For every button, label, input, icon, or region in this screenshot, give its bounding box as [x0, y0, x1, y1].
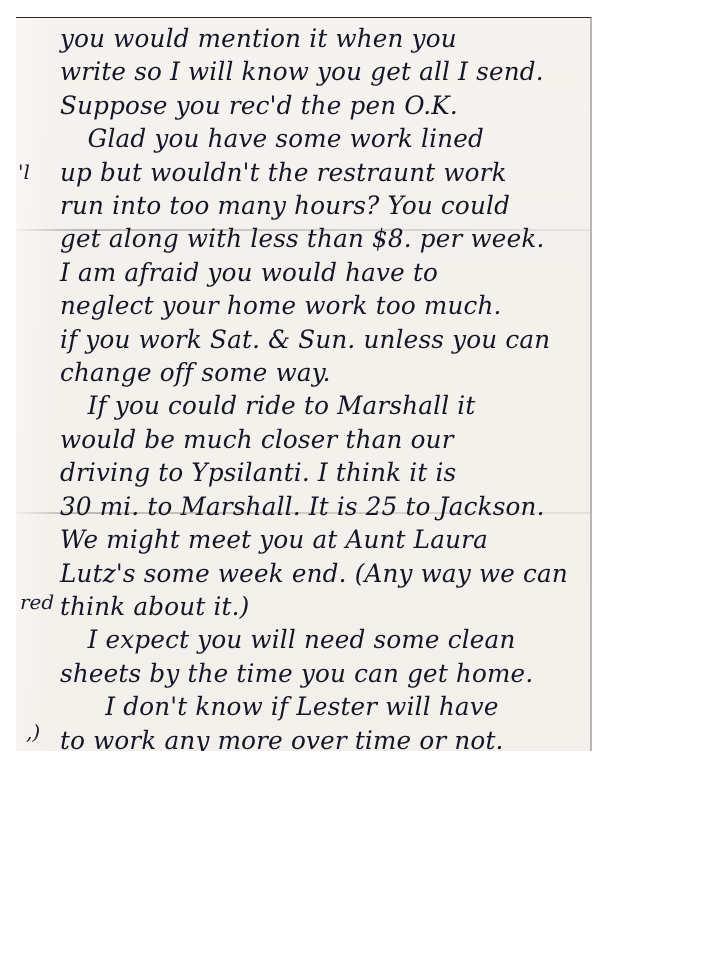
handwritten-line: driving to Ypsilanti. I think it is — [60, 456, 592, 489]
letter-page-scan: 'l red ,) you would mention it when youw… — [16, 17, 592, 751]
handwritten-text-body: you would mention it when youwrite so I … — [60, 22, 592, 751]
handwritten-line: to work any more over time or not. — [60, 724, 592, 751]
handwritten-line: up but wouldn't the restraunt work — [60, 156, 592, 189]
handwritten-line: 30 mi. to Marshall. It is 25 to Jackson. — [60, 490, 592, 523]
handwritten-line: would be much closer than our — [60, 423, 592, 456]
handwritten-line: sheets by the time you can get home. — [60, 657, 592, 690]
margin-note: red — [20, 590, 54, 614]
handwritten-line: I am afraid you would have to — [60, 256, 592, 289]
handwritten-line: I don't know if Lester will have — [60, 690, 592, 723]
margin-note: 'l — [18, 160, 30, 184]
scan-edge-shading — [16, 18, 56, 751]
handwritten-line: Lutz's some week end. (Any way we can — [60, 557, 592, 590]
handwritten-line: Glad you have some work lined — [60, 122, 592, 155]
handwritten-line: We might meet you at Aunt Laura — [60, 523, 592, 556]
handwritten-line: write so I will know you get all I send. — [60, 55, 592, 88]
handwritten-line: get along with less than $8. per week. — [60, 222, 592, 255]
margin-note: ,) — [26, 720, 40, 744]
handwritten-line: If you could ride to Marshall it — [60, 389, 592, 422]
handwritten-line: I expect you will need some clean — [60, 623, 592, 656]
handwritten-line: you would mention it when you — [60, 22, 592, 55]
handwritten-line: if you work Sat. & Sun. unless you can — [60, 323, 592, 356]
handwritten-line: change off some way. — [60, 356, 592, 389]
handwritten-line: neglect your home work too much. — [60, 289, 592, 322]
handwritten-line: run into too many hours? You could — [60, 189, 592, 222]
handwritten-line: Suppose you rec'd the pen O.K. — [60, 89, 592, 122]
handwritten-line: think about it.) — [60, 590, 592, 623]
